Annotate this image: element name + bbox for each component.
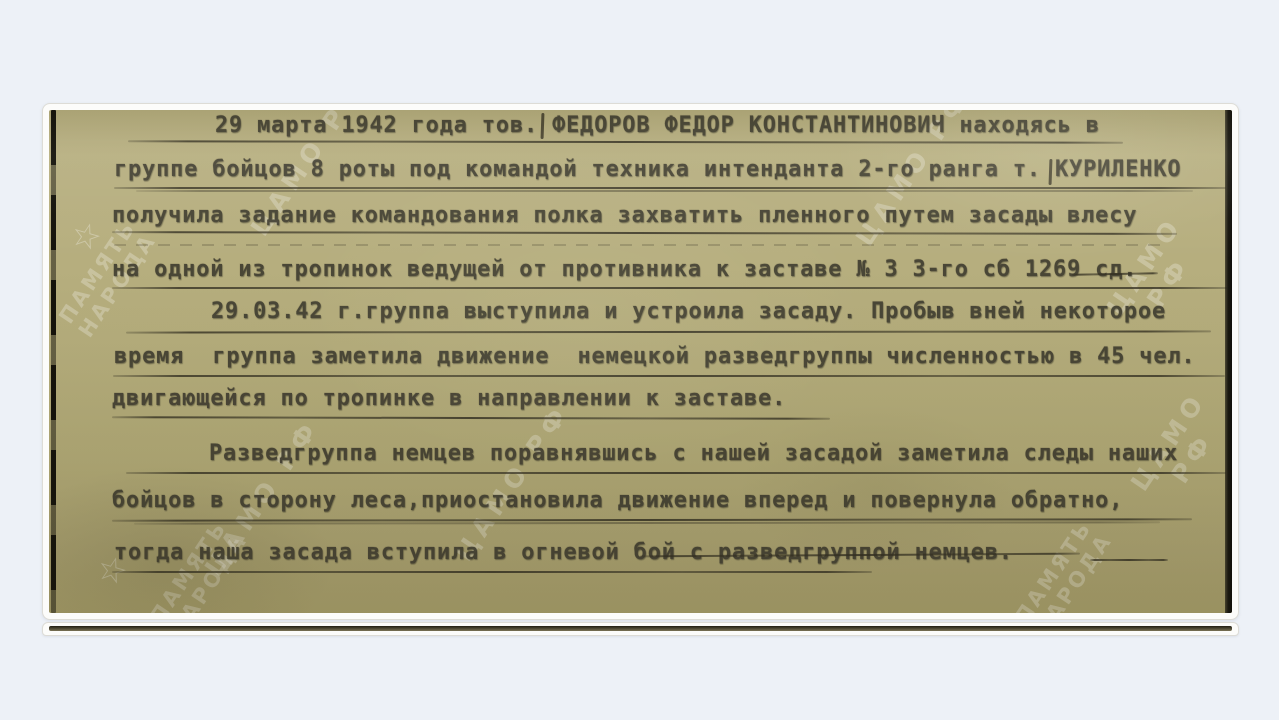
next-scan-edge bbox=[49, 626, 1232, 631]
document-line: 29.03.42 г.группа выступила и устроила з… bbox=[211, 301, 1166, 323]
underline-stroke bbox=[112, 231, 1177, 235]
underline-stroke bbox=[126, 330, 1211, 333]
document-line: получила задание командования полка захв… bbox=[112, 205, 1137, 227]
underline-stroke bbox=[113, 375, 1225, 377]
underline-stroke bbox=[112, 287, 1227, 289]
document-line: Разведгруппа немцев поравнявшись с нашей… bbox=[209, 443, 1178, 465]
scan-dark-edge-right bbox=[1225, 110, 1232, 613]
document-line: двигающейся по тропинке в направлении к … bbox=[112, 388, 786, 410]
document-line: бойцов в сторону леса,приостановила движ… bbox=[112, 490, 1123, 512]
underline-stroke bbox=[114, 187, 1226, 189]
watermark-pamyat-naroda: ПАМЯТЬ НАРОДА bbox=[1010, 515, 1117, 613]
scan-dark-edge-left bbox=[51, 110, 56, 613]
trailing-dash-stroke bbox=[1090, 559, 1168, 561]
underline-stroke bbox=[112, 571, 872, 573]
document-line: 29 марта 1942 года тов. ФЕДОРОВ ФЕДОР КО… bbox=[215, 115, 1100, 137]
star-icon: ☆ bbox=[61, 213, 111, 261]
underline-stroke bbox=[126, 472, 1226, 474]
next-page-card[interactable] bbox=[42, 622, 1239, 636]
underline-stroke bbox=[128, 140, 1123, 143]
dashed-line bbox=[114, 244, 1164, 246]
document-line: группе бойцов 8 роты под командой техник… bbox=[114, 159, 1181, 181]
underline-stroke bbox=[112, 416, 830, 420]
document-card[interactable]: ☆ ПАМЯТЬ НАРОДА ЦАМО РФ ЦАМО РФ ☆ ПАМЯТЬ… bbox=[42, 103, 1239, 620]
underline-stroke bbox=[112, 518, 1192, 522]
page-background: ☆ ПАМЯТЬ НАРОДА ЦАМО РФ ЦАМО РФ ☆ ПАМЯТЬ… bbox=[0, 0, 1279, 720]
document-line: на одной из тропинок ведущей от противни… bbox=[112, 259, 1137, 281]
document-line: время группа заметила движение немецкой … bbox=[114, 346, 1195, 368]
document-scan: ☆ ПАМЯТЬ НАРОДА ЦАМО РФ ЦАМО РФ ☆ ПАМЯТЬ… bbox=[49, 110, 1232, 613]
